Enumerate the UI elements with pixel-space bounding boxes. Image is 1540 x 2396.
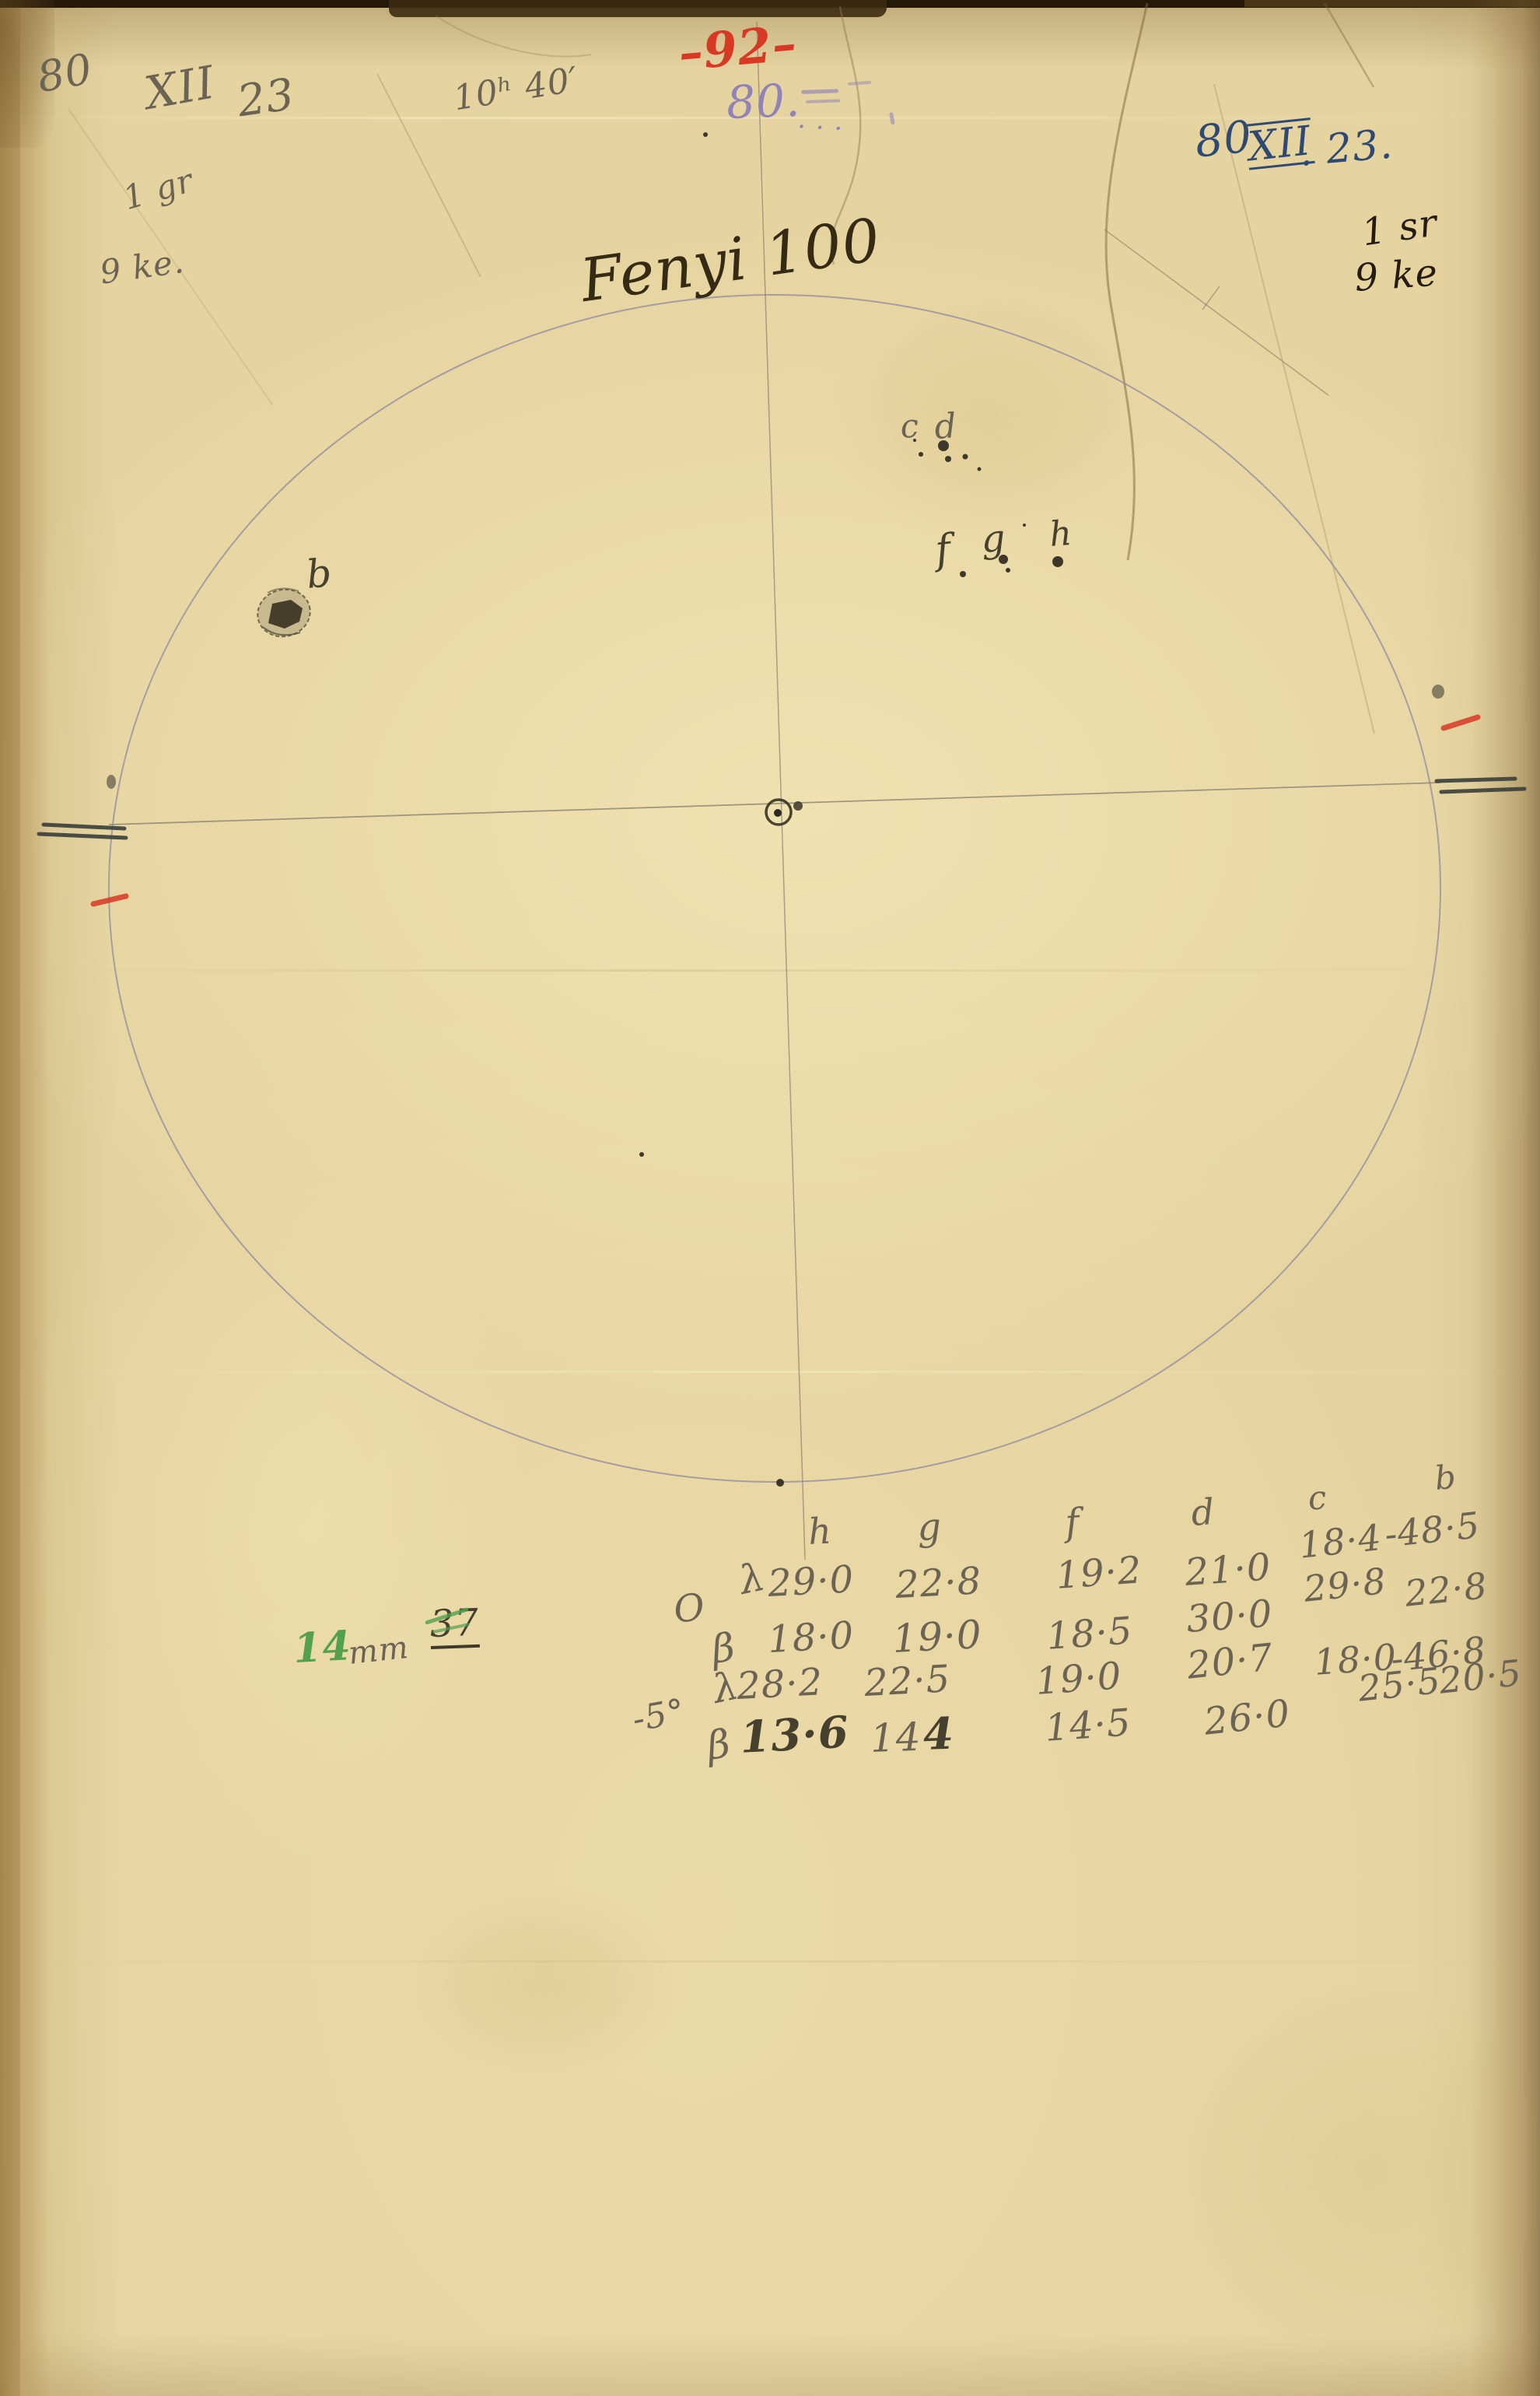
cell-f-r1: 19·2: [1055, 1551, 1143, 1595]
folio-number: 80: [34, 48, 96, 99]
col-header-c: c: [1307, 1481, 1328, 1515]
scanned-document-page: 80XII2310ʰ 40′–92–80.· · ·80XII. 23.1 sr…: [0, 0, 1540, 2396]
date-pencil-day: 23: [235, 73, 297, 124]
date-ink-day: . 23.: [1297, 124, 1395, 172]
spot-label-c: c: [899, 409, 920, 443]
cell-d-r1: 21·0: [1184, 1548, 1272, 1592]
spot-label-b: b: [305, 553, 334, 594]
obs-note-9ke: 9 ke: [1353, 254, 1439, 297]
pencil-note-9ke: 9 ke.: [98, 245, 187, 289]
cell-g-r3: 22·5: [863, 1660, 951, 1702]
col-header-b: b: [1433, 1461, 1458, 1495]
observer-title: Fenyi 100: [577, 210, 884, 310]
cell-b-r2: 22·8: [1403, 1568, 1489, 1612]
cell-h-r4: 13·6: [739, 1711, 850, 1760]
cell-d-r4: 26·0: [1202, 1694, 1292, 1740]
cell-g-r4b: 4: [922, 1712, 955, 1757]
pencil-note-1gr: 1 gr: [120, 164, 197, 215]
obs-note-1sr: 1 sr: [1360, 204, 1440, 251]
stamp-dots: · · ·: [796, 114, 844, 142]
cell-h-r2: 18·0: [767, 1617, 855, 1659]
cell-f-r4: 14·5: [1044, 1704, 1132, 1747]
handwriting-layer: 80XII2310ʰ 40′–92–80.· · ·80XII. 23.1 sr…: [0, 0, 1540, 2396]
row-group-minus5: -5°: [630, 1694, 688, 1737]
cell-c-r2: 29·8: [1302, 1563, 1388, 1607]
date-pencil-month: XII: [142, 59, 219, 116]
stamp-number: 80.: [726, 78, 801, 125]
row-group-O: O: [672, 1589, 707, 1629]
cell-b-r1: -48·5: [1383, 1507, 1482, 1553]
cell-b-r4: 20·5: [1437, 1655, 1524, 1699]
spot-label-h: h: [1048, 517, 1073, 552]
scale-value-green: 14: [292, 1626, 352, 1669]
cell-h-r1: 29·0: [767, 1561, 855, 1603]
cell-c-r1: 18·4: [1297, 1519, 1384, 1564]
cell-g-r4a: 14: [870, 1718, 922, 1758]
col-header-f: f: [1064, 1504, 1081, 1542]
spot-label-d: d: [933, 409, 958, 445]
stamp-tick: [889, 112, 895, 125]
cell-g-r1: 22·8: [894, 1562, 982, 1604]
cell-f-r2: 18·5: [1045, 1612, 1134, 1655]
stamp-dash-1: [801, 89, 838, 94]
time-pencil: 10ʰ 40′: [451, 63, 581, 117]
spot-label-f: f: [933, 529, 954, 571]
date-ink-year: 80: [1193, 115, 1255, 164]
scale-unit-mm: mm: [347, 1632, 411, 1669]
stamp-dash-3: [848, 81, 871, 86]
cell-g-r2: 19·0: [891, 1615, 983, 1659]
row-label-beta-2: β: [705, 1724, 733, 1766]
cell-d-r3: 20·7: [1185, 1638, 1275, 1684]
stamp-dash-2: [806, 99, 840, 103]
spot-label-g: g: [980, 520, 1007, 559]
col-header-h: h: [807, 1512, 833, 1550]
cell-f-r3: 19·0: [1034, 1657, 1123, 1701]
cell-h-r3: 28·2: [736, 1663, 824, 1705]
col-header-g: g: [916, 1508, 943, 1547]
cell-d-r2: 30·0: [1185, 1595, 1274, 1638]
row-label-lambda-1: λ: [736, 1557, 768, 1600]
col-header-d: d: [1190, 1494, 1216, 1531]
page-number-red: –92–: [677, 19, 799, 78]
